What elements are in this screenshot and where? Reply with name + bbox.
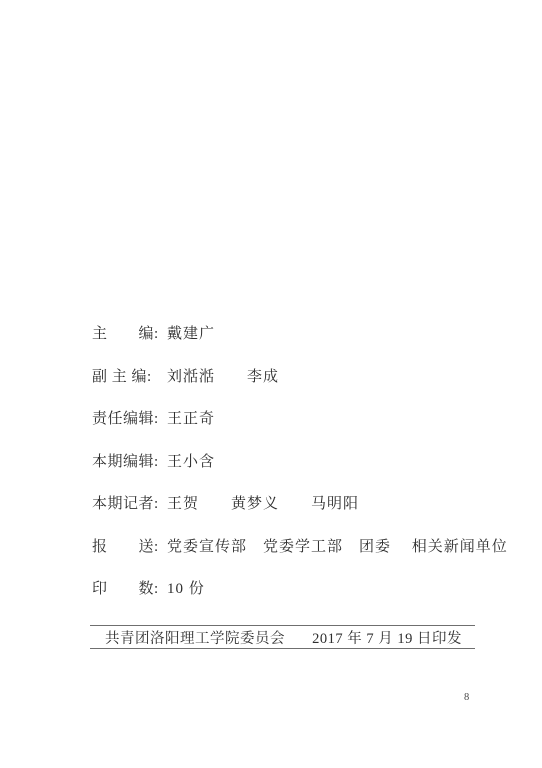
colophon-block: 主 编: 戴建广 副 主 编: 刘湉湉 李成 责任编辑: 王正奇 本期编辑: 王… bbox=[92, 326, 502, 624]
colophon-value: 王小含 bbox=[167, 454, 215, 470]
colophon-label: 印 数: bbox=[92, 581, 167, 597]
colophon-label: 主 编: bbox=[92, 326, 167, 342]
page-number: 8 bbox=[464, 692, 469, 703]
colophon-label: 本期记者: bbox=[92, 496, 167, 512]
colophon-row-chief-editor: 主 编: 戴建广 bbox=[92, 326, 502, 342]
colophon-value: 10 份 bbox=[167, 581, 205, 597]
colophon-row-deputy-editors: 副 主 编: 刘湉湉 李成 bbox=[92, 369, 502, 385]
document-page: 主 编: 戴建广 副 主 编: 刘湉湉 李成 责任编辑: 王正奇 本期编辑: 王… bbox=[0, 0, 542, 768]
footer-issue-date: 2017 年 7 月 19 日印发 bbox=[312, 627, 462, 648]
colophon-label: 副 主 编: bbox=[92, 369, 167, 385]
colophon-row-issue-reporters: 本期记者: 王贺 黄梦义 马明阳 bbox=[92, 496, 502, 512]
colophon-value: 党委宣传部 党委学工部 团委 相关新闻单位 bbox=[167, 539, 508, 555]
colophon-row-issue-editor: 本期编辑: 王小含 bbox=[92, 454, 502, 470]
colophon-value: 戴建广 bbox=[167, 326, 215, 342]
colophon-label: 责任编辑: bbox=[92, 411, 167, 427]
imprint-footer: 共青团洛阳理工学院委员会 2017 年 7 月 19 日印发 bbox=[90, 625, 475, 649]
colophon-label: 本期编辑: bbox=[92, 454, 167, 470]
colophon-value: 王贺 黄梦义 马明阳 bbox=[167, 496, 359, 512]
colophon-row-distribution: 报 送: 党委宣传部 党委学工部 团委 相关新闻单位 bbox=[92, 539, 502, 555]
colophon-label: 报 送: bbox=[92, 539, 167, 555]
colophon-row-print-run: 印 数: 10 份 bbox=[92, 581, 502, 597]
footer-issuer: 共青团洛阳理工学院委员会 bbox=[105, 627, 285, 648]
colophon-value: 刘湉湉 李成 bbox=[167, 369, 279, 385]
colophon-row-managing-editor: 责任编辑: 王正奇 bbox=[92, 411, 502, 427]
colophon-value: 王正奇 bbox=[167, 411, 215, 427]
